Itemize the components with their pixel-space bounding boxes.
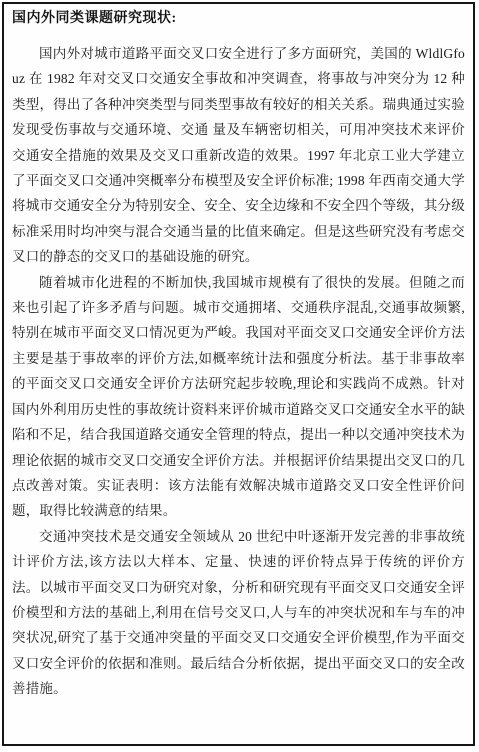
section-title: 国内外同类课题研究现状: bbox=[12, 9, 465, 28]
paragraph-urbanization-problems: 随着城市化进程的不断加快,我国城市规模有了很快的发展。但随之而来也引起了许多矛盾… bbox=[12, 270, 465, 524]
paragraph-traffic-conflict-technique: 交通冲突技术是交通安全领域从 20 世纪中叶逐渐开发完善的非事故统计评价方法,该… bbox=[12, 524, 465, 702]
paragraph-research-overview: 国内外对城市道路平面交叉口安全进行了多方面研究，美国的 WldlGfouz 在 … bbox=[12, 41, 465, 270]
document-page: 国内外同类课题研究现状: 国内外对城市道路平面交叉口安全进行了多方面研究，美国的… bbox=[2, 2, 475, 746]
